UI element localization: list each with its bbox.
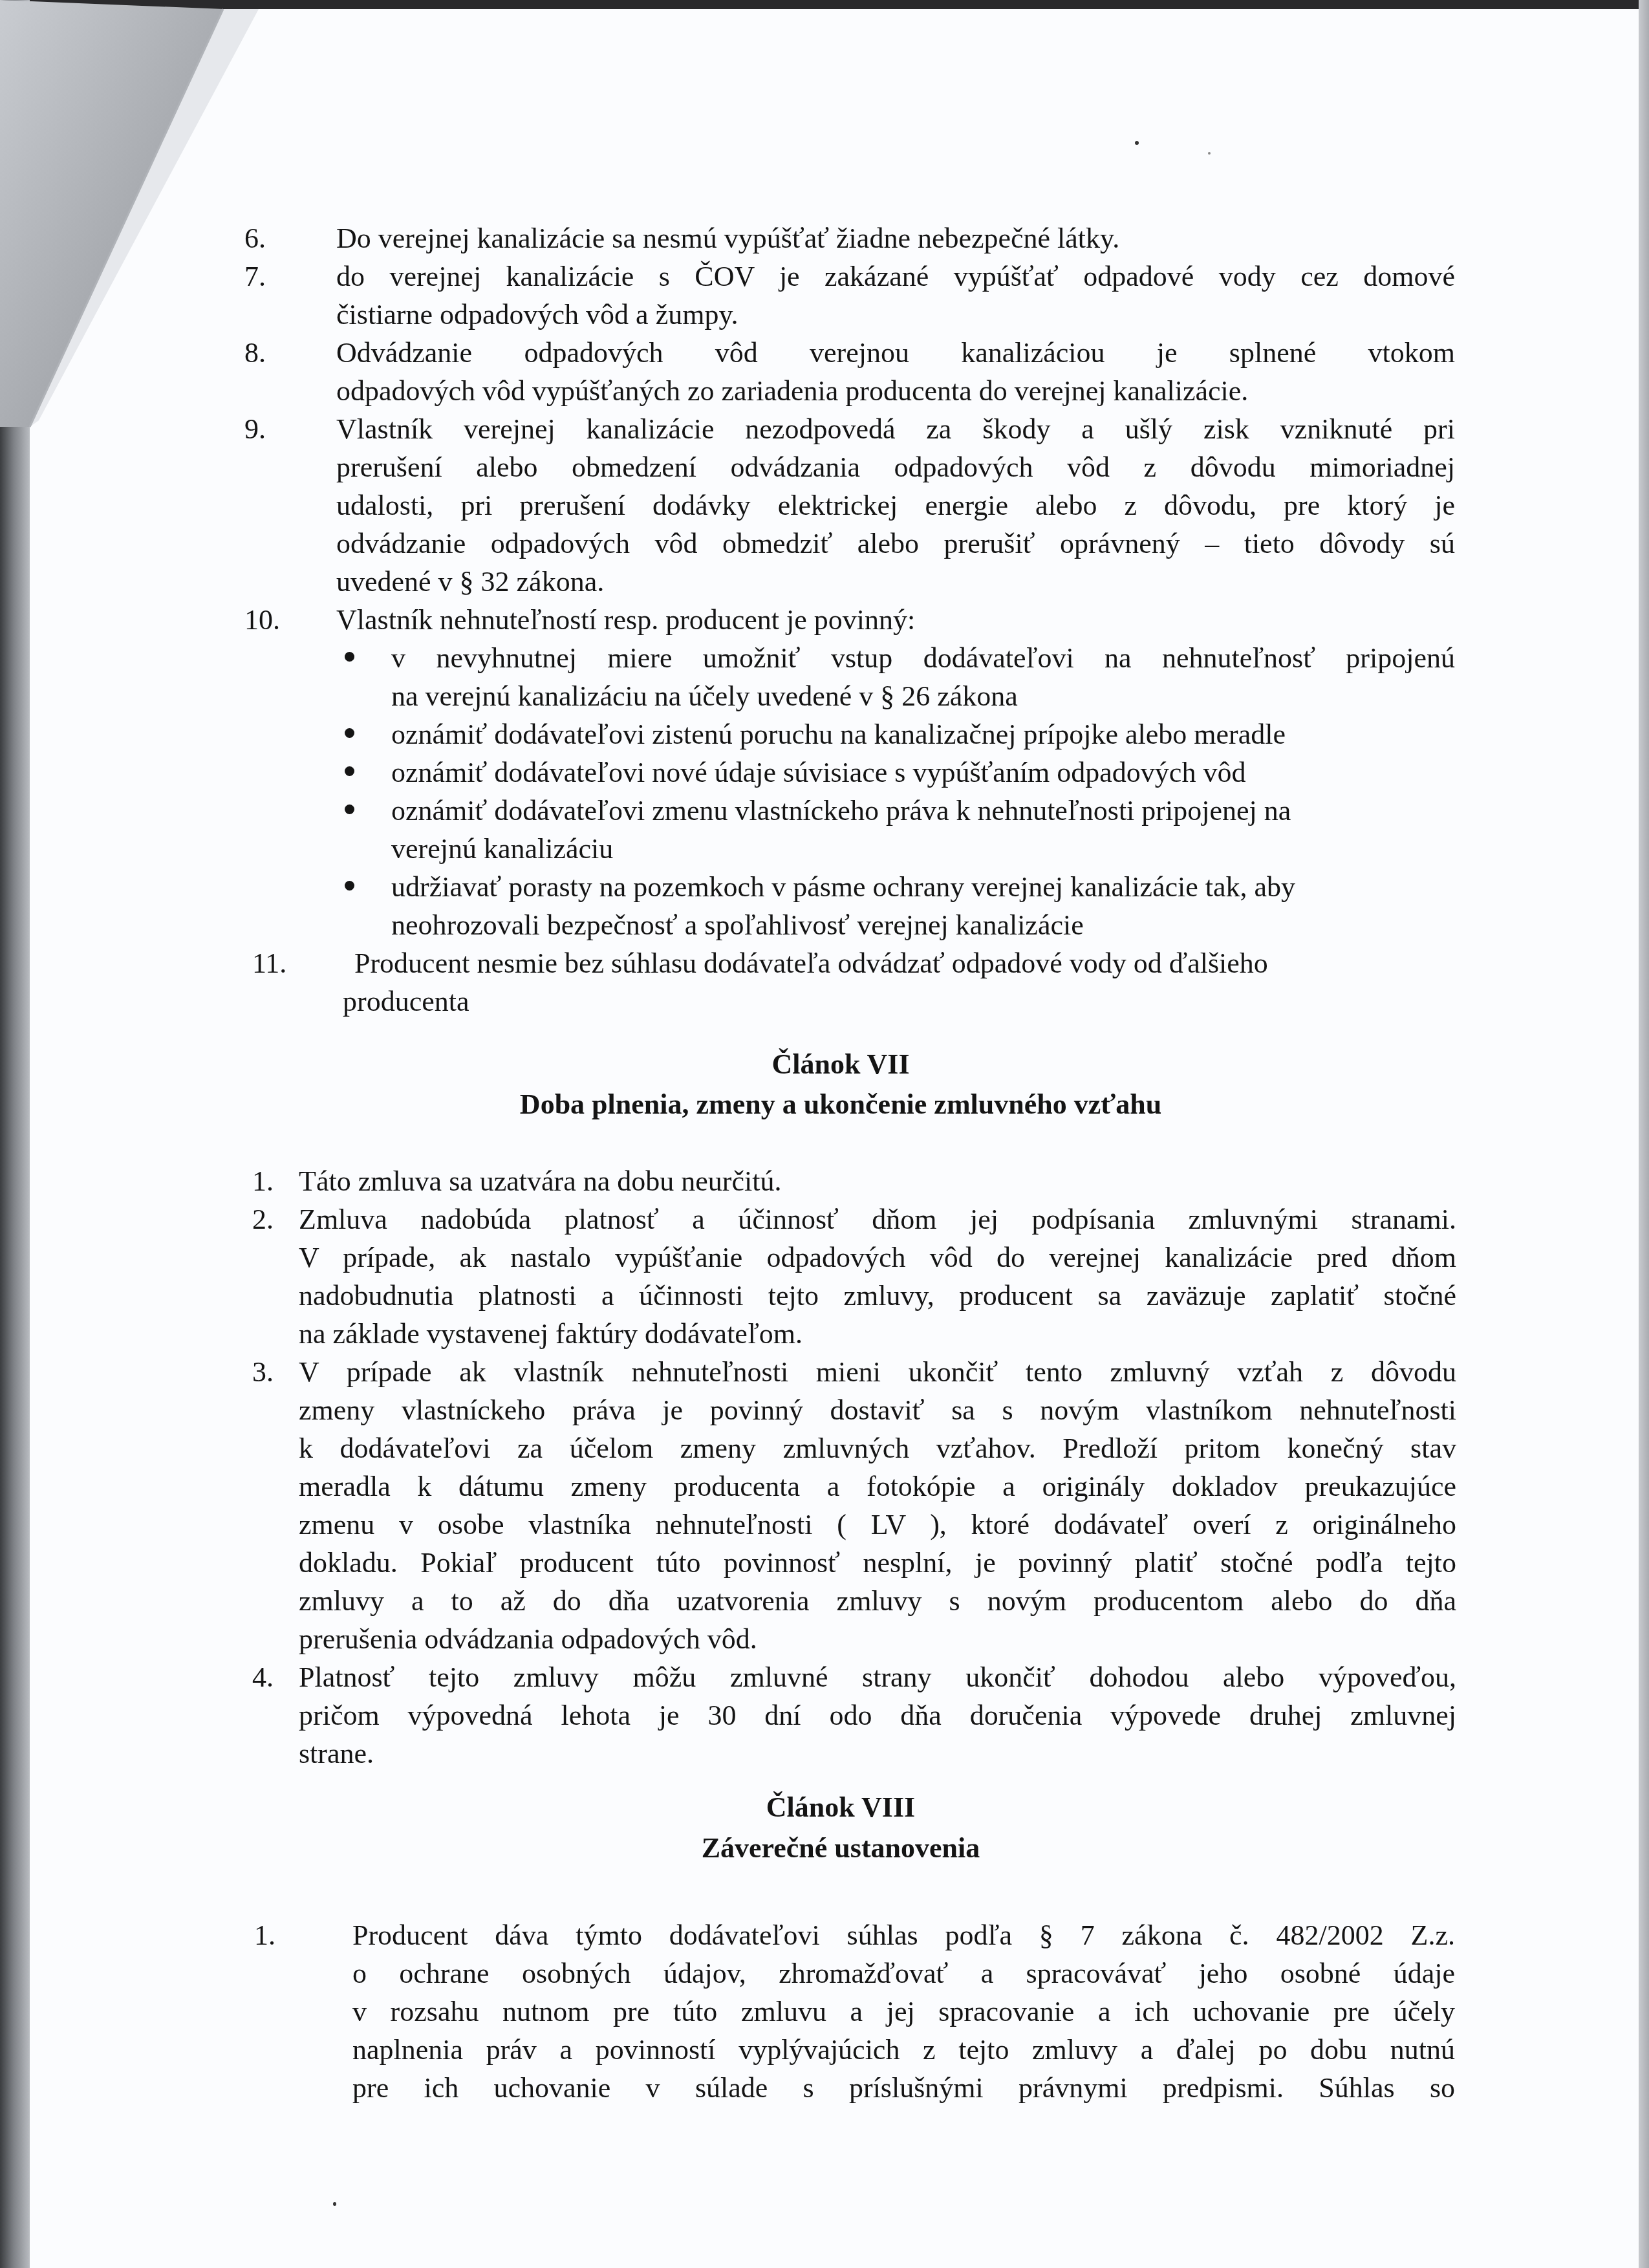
item-text: prerušení alebo obmedzení odvádzania odp…: [336, 448, 1455, 486]
item-text: uvedené v § 32 zákona.: [336, 563, 604, 601]
item-text: naplnenia práv a povinností vyplývajúcic…: [352, 2031, 1455, 2069]
item-text: dokladu. Pokiaľ producent túto povinnosť…: [299, 1544, 1456, 1582]
item-text: Producent dáva týmto dodávateľovi súhlas…: [352, 1916, 1455, 1954]
item-number: 8.: [244, 334, 266, 372]
item-text: Táto zmluva sa uzatvára na dobu neurčitú…: [299, 1162, 781, 1200]
item-number: 4.: [252, 1658, 274, 1696]
bullet-icon: [345, 805, 354, 814]
scan-speck: [1135, 141, 1139, 145]
item-text: zmeny vlastníckeho práva je povinný dost…: [299, 1391, 1456, 1429]
bullet-text: oznámiť dodávateľovi zistenú poruchu na …: [391, 715, 1286, 753]
item-text: udalosti, pri prerušení dodávky elektric…: [336, 486, 1455, 524]
bullet-icon: [345, 881, 354, 891]
item-number: 9.: [244, 410, 266, 448]
item-text: pričom výpovedná lehota je 30 dní odo dň…: [299, 1696, 1456, 1734]
item-text: V prípade, ak nastalo vypúšťanie odpadov…: [299, 1238, 1456, 1277]
item-text: meradla k dátumu zmeny producenta a foto…: [299, 1467, 1456, 1506]
bullet-text: verejnú kanalizáciu: [391, 830, 613, 868]
article-7-subtitle: Doba plnenia, zmeny a ukončenie zmluvnéh…: [0, 1085, 1649, 1123]
article-8-subtitle: Záverečné ustanovenia: [0, 1829, 1649, 1867]
item-number: 2.: [252, 1200, 274, 1238]
item-text: Zmluva nadobúda platnosť a účinnosť dňom…: [299, 1200, 1456, 1238]
bullet-text: oznámiť dodávateľovi nové údaje súvisiac…: [391, 753, 1245, 792]
bullet-icon: [345, 652, 354, 662]
item-text: producenta: [343, 982, 469, 1021]
bullet-text: udržiavať porasty na pozemkoch v pásme o…: [391, 868, 1295, 906]
bullet-text: neohrozovali bezpečnosť a spoľahlivosť v…: [391, 906, 1084, 944]
article-7-title: Článok VII: [0, 1045, 1649, 1083]
item-number: 1.: [252, 1162, 274, 1200]
item-number: 1.: [254, 1916, 275, 1954]
item-number: 7.: [244, 257, 266, 296]
article-8-title: Článok VIII: [0, 1788, 1649, 1826]
item-text: do verejnej kanalizácie s ČOV je zakázan…: [336, 257, 1455, 296]
item-text: odpadových vôd vypúšťaných zo zariadenia…: [336, 372, 1248, 410]
item-number: 11.: [252, 944, 286, 982]
bullet-text: na verejnú kanalizáciu na účely uvedené …: [391, 677, 1018, 715]
item-text: strane.: [299, 1734, 374, 1773]
item-text: Platnosť tejto zmluvy môžu zmluvné stran…: [299, 1658, 1456, 1696]
scan-speck: [333, 2202, 336, 2206]
bullet-text: oznámiť dodávateľovi zmenu vlastníckeho …: [391, 792, 1291, 830]
item-number: 6.: [244, 219, 266, 257]
item-text: k dodávateľovi za účelom zmeny zmluvných…: [299, 1429, 1456, 1467]
item-text: V prípade ak vlastník nehnuteľnosti mien…: [299, 1353, 1456, 1391]
item-number: 10.: [244, 601, 280, 639]
item-text: pre ich uchovanie v súlade s príslušnými…: [352, 2069, 1455, 2107]
item-text: v rozsahu nutnom pre túto zmluvu a jej s…: [352, 1993, 1455, 2031]
document-content: 6. Do verejnej kanalizácie sa nesmú vypú…: [0, 0, 1649, 2268]
item-text: nadobudnutia platnosti a účinnosti tejto…: [299, 1277, 1456, 1315]
item-text: zmluvy a to až do dňa uzatvorenia zmluvy…: [299, 1582, 1456, 1620]
item-text: Vlastník verejnej kanalizácie nezodpoved…: [336, 410, 1455, 448]
item-text: Do verejnej kanalizácie sa nesmú vypúšťa…: [336, 219, 1119, 257]
item-text: čistiarne odpadových vôd a žumpy.: [336, 296, 738, 334]
item-text: odvádzanie odpadových vôd obmedziť alebo…: [336, 524, 1455, 563]
bullet-icon: [345, 766, 354, 776]
item-text: Vlastník nehnuteľností resp. producent j…: [336, 601, 915, 639]
item-text: Producent nesmie bez súhlasu dodávateľa …: [354, 944, 1268, 982]
item-text: na základe vystavenej faktúry dodávateľo…: [299, 1315, 803, 1353]
bullet-icon: [345, 728, 354, 738]
item-text: prerušenia odvádzania odpadových vôd.: [299, 1620, 757, 1658]
scan-speck: [1208, 152, 1211, 155]
item-number: 3.: [252, 1353, 274, 1391]
item-text: o ochrane osobných údajov, zhromažďovať …: [352, 1954, 1455, 1993]
item-text: zmenu v osobe vlastníka nehnuteľnosti ( …: [299, 1506, 1456, 1544]
item-text: Odvádzanie odpadových vôd verejnou kanal…: [336, 334, 1455, 372]
bullet-text: v nevyhnutnej miere umožniť vstup dodáva…: [391, 639, 1455, 677]
